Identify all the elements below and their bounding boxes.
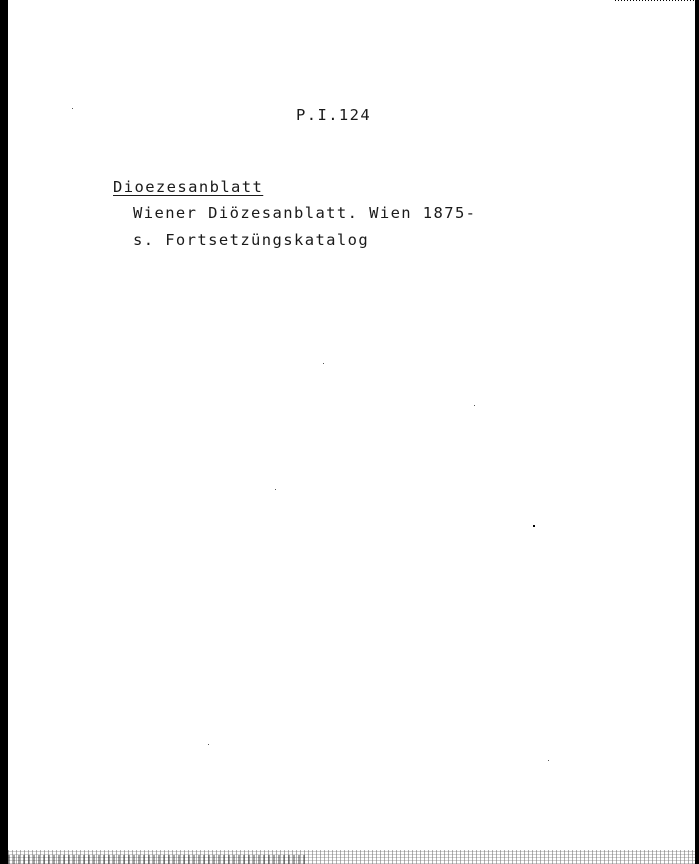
scan-speck xyxy=(72,108,73,109)
scan-speck xyxy=(548,760,549,761)
scan-left-border xyxy=(0,0,8,864)
scan-speck xyxy=(323,363,324,364)
scan-bottom-noise xyxy=(8,855,308,864)
scan-right-border xyxy=(695,0,699,864)
scan-speck xyxy=(208,744,209,745)
call-number: P.I.124 xyxy=(296,108,371,124)
cross-reference: s. Fortsetzüngskatalog xyxy=(133,233,369,249)
title-entry: Wiener Diözesanblatt. Wien 1875- xyxy=(133,206,476,222)
scan-speck xyxy=(275,489,276,490)
scan-speck xyxy=(533,525,535,527)
scan-speck xyxy=(474,405,475,406)
scan-top-edge xyxy=(615,0,695,1)
catalog-heading: Dioezesanblatt xyxy=(113,180,263,196)
